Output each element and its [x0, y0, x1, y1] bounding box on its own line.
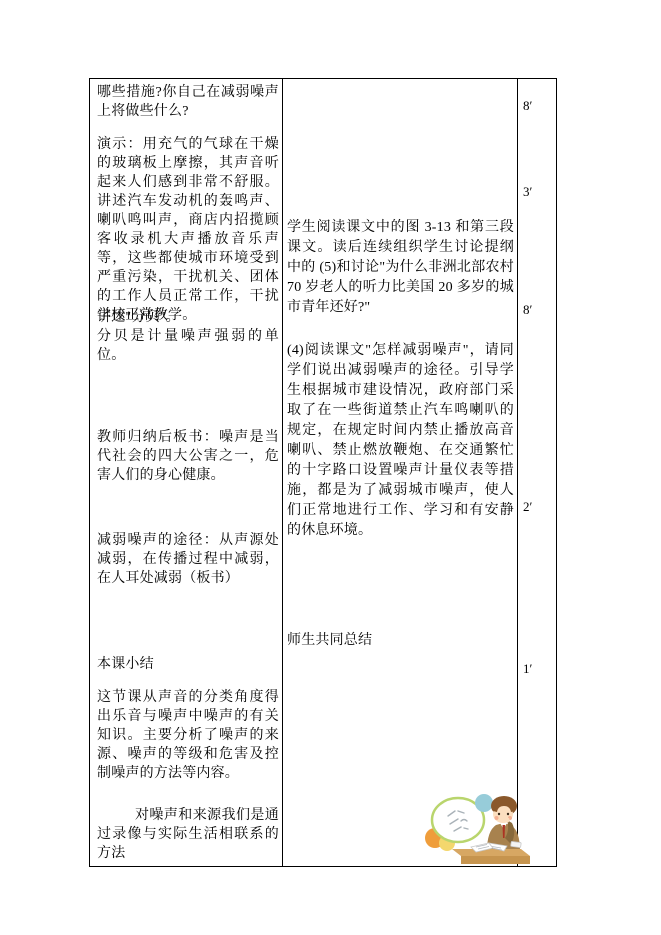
time-mark: 8′ [523, 99, 532, 113]
time-mark: 3′ [523, 185, 532, 199]
paragraph-joint-summary: 师生共同总结 [287, 631, 514, 651]
paragraph-method-note: 对噪声和来源我们是通过录像与实际生活相联系的方法 [97, 806, 279, 863]
eye-right [507, 813, 509, 815]
blue-ball-icon [475, 794, 493, 812]
paragraph-noise-reduction-ways: 减弱噪声的途径：从声源处减弱，在传播过程中减弱，在人耳处减弱（板书） [97, 531, 279, 588]
student-thinking-illustration [424, 791, 530, 865]
desk-top [452, 849, 530, 856]
paragraph-decibel-definition: 分贝是计量噪声强弱的单位。 [97, 327, 279, 365]
paragraph-reading-ways: (4)阅读课文"怎样减弱噪声"，请同学们说出减弱噪声的途径。引导学生根据城市建设… [287, 341, 514, 541]
paragraph-reading-discussion: 学生阅读课文中的图 3-13 和第三段课文。读后连续组织学生讨论提纲中的 (5)… [287, 218, 514, 318]
hand [504, 817, 509, 822]
teacher-activities-cell: 哪些措施?你自己在减弱噪声上将做些什么? 演示：用充气的气球在干燥的玻璃板上摩擦… [90, 79, 282, 866]
time-mark: 8′ [523, 303, 532, 317]
paragraph-decibel-intro: 讲述"分贝"。 [97, 308, 279, 327]
paragraph-lesson-summary-title: 本课小结 [97, 655, 279, 674]
paragraph-measures-question: 哪些措施?你自己在减弱噪声上将做些什么? [97, 83, 279, 121]
time-mark: 2′ [523, 500, 532, 514]
document-page: 哪些措施?你自己在减弱噪声上将做些什么? 演示：用充气的气球在干燥的玻璃板上摩擦… [0, 0, 661, 935]
paragraph-board-summary: 教师归纳后板书：噪声是当代社会的四大公害之一，危害人们的身心健康。 [97, 428, 279, 485]
desk-front [461, 856, 530, 864]
paragraph-demonstration: 演示：用充气的气球在干燥的玻璃板上摩擦，其声音听起来人们感到非常不舒服。讲述汽车… [97, 135, 279, 325]
eraser [511, 841, 522, 847]
student-activities-cell: 学生阅读课文中的图 3-13 和第三段课文。读后连续组织学生讨论提纲中的 (5)… [282, 79, 517, 866]
eye-left [498, 813, 500, 815]
paragraph-lesson-summary-body: 这节课从声音的分类角度得出乐音与噪声中噪声的有关知识。主要分析了噪声的来源、噪声… [97, 688, 279, 783]
cheek-left [495, 816, 499, 820]
time-cell: 8′ 3′ 8′ 2′ 1′ [517, 79, 556, 866]
lesson-plan-table: 哪些措施?你自己在减弱噪声上将做些什么? 演示：用充气的气球在干燥的玻璃板上摩擦… [89, 78, 557, 867]
time-mark: 1′ [523, 662, 532, 676]
